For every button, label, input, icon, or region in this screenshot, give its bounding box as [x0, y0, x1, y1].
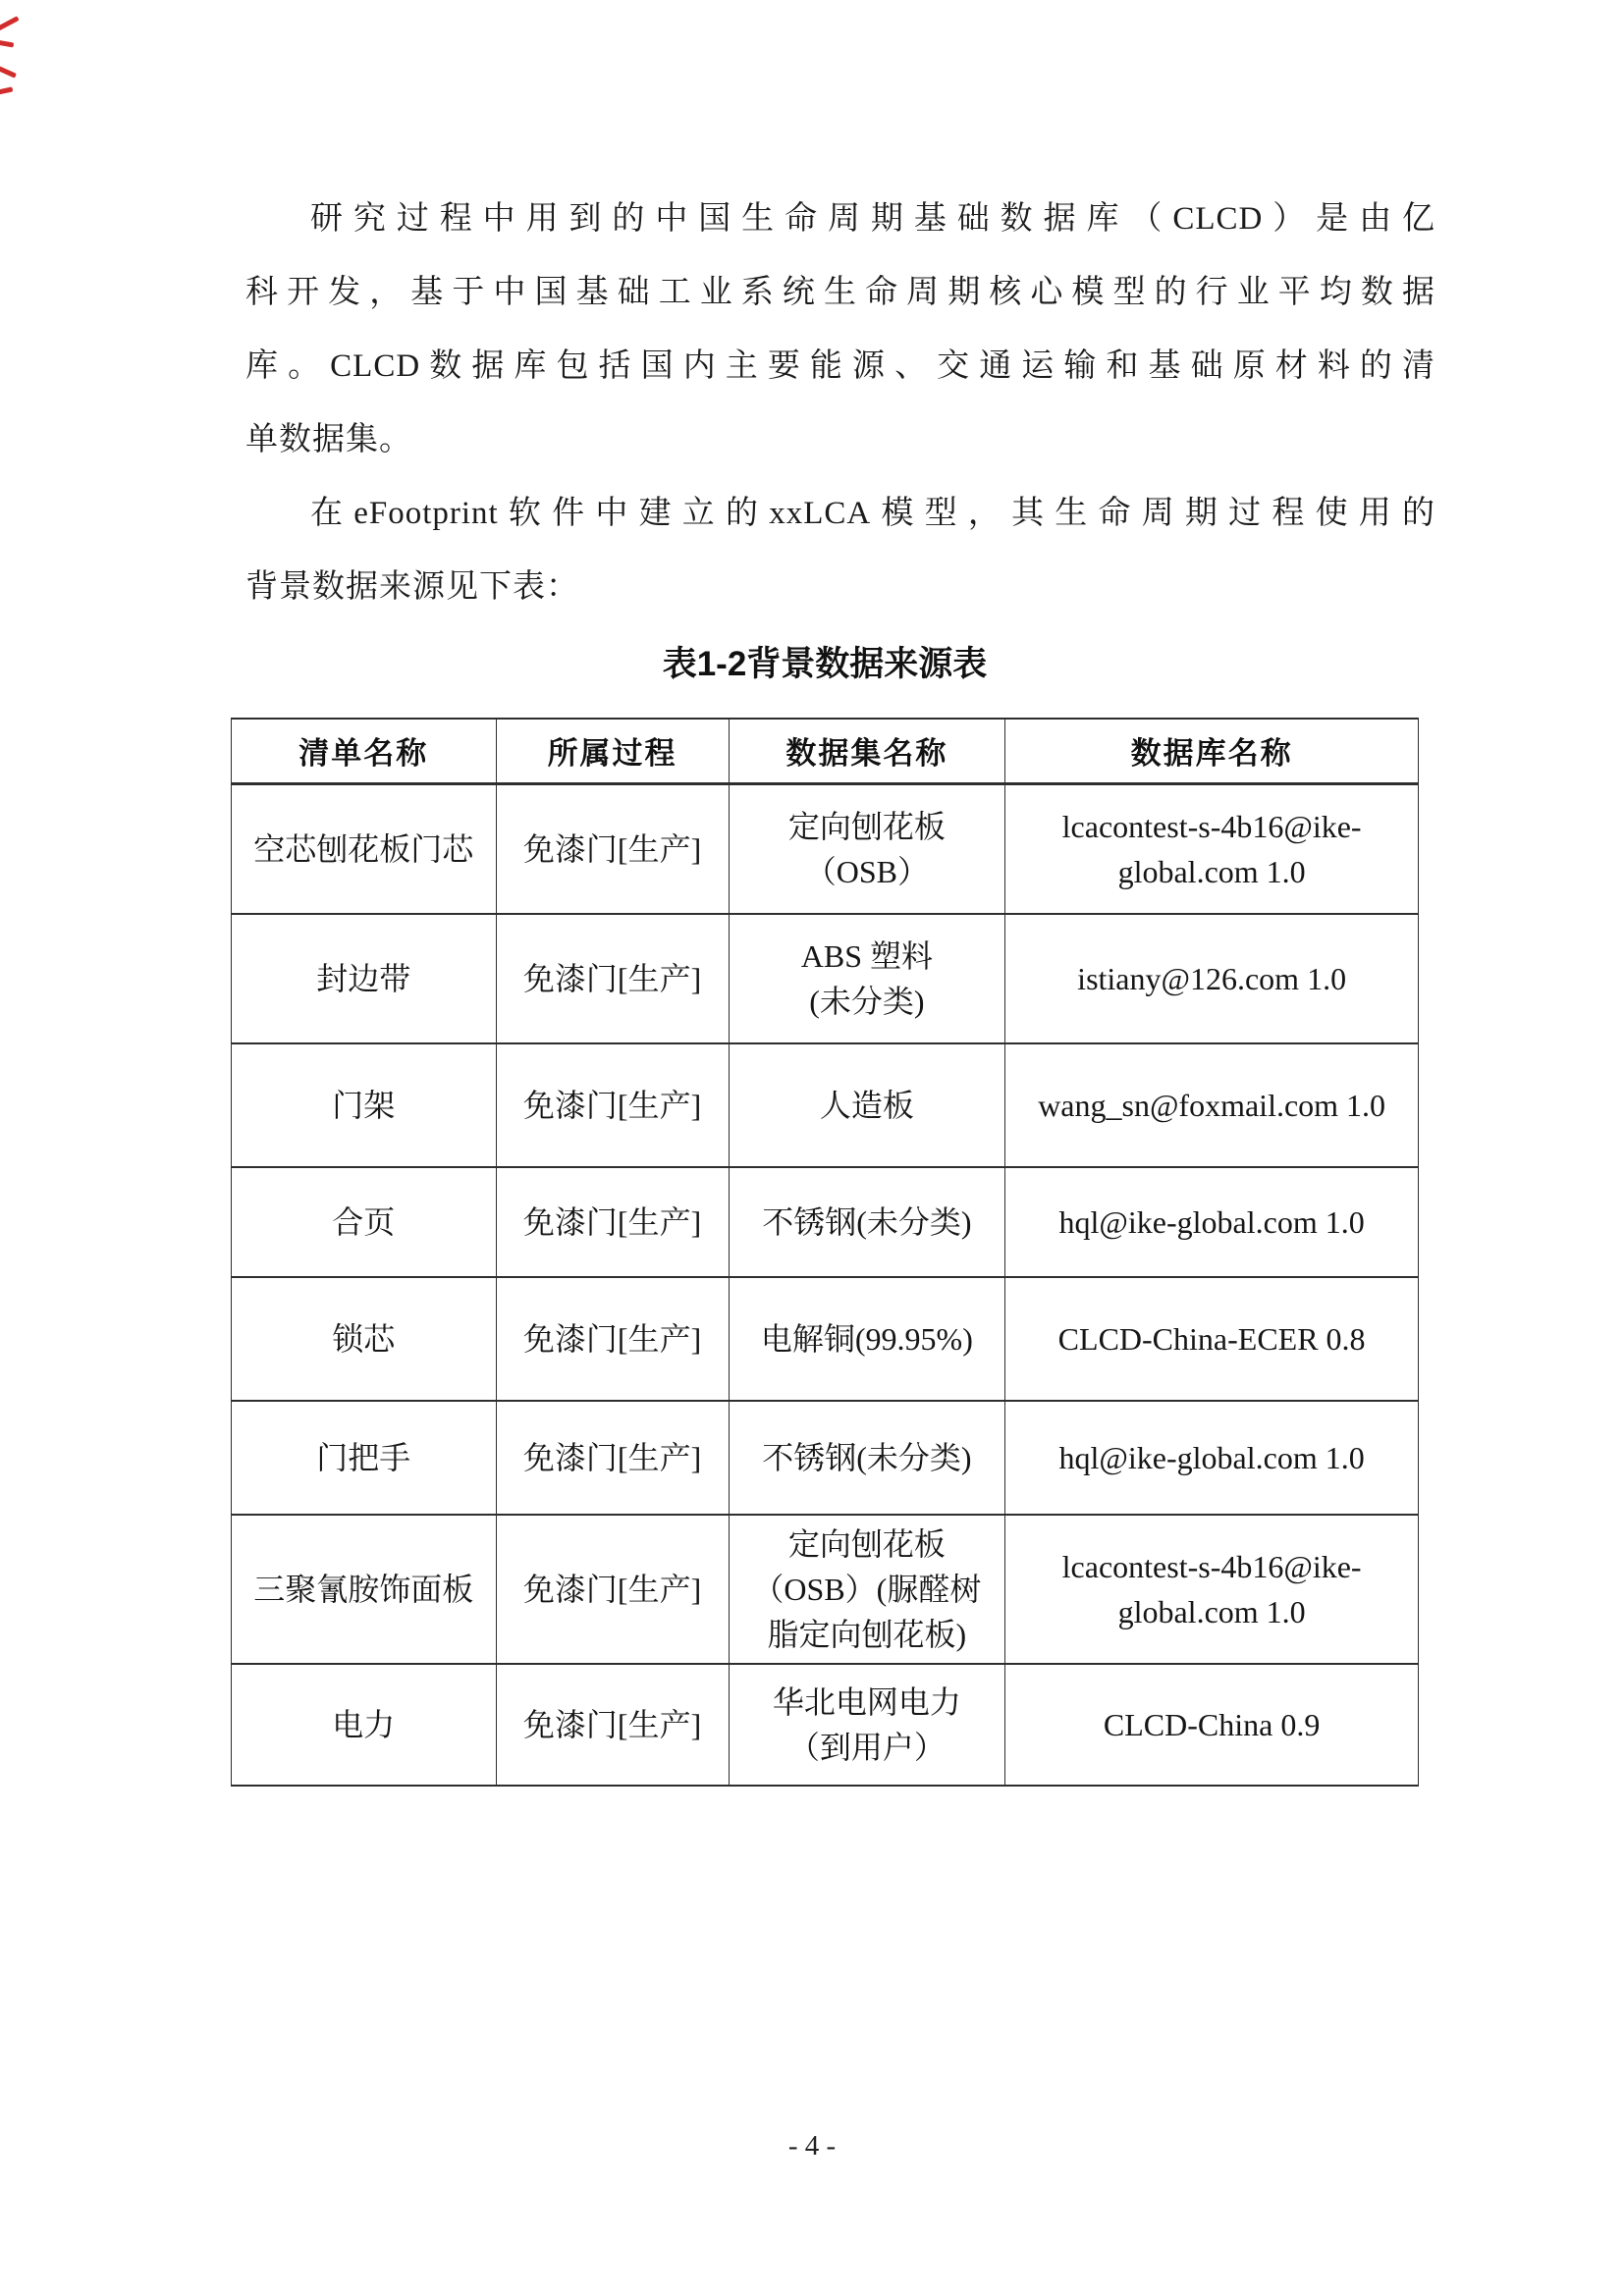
- table-title: 表1-2背景数据来源表: [231, 633, 1419, 696]
- table-cell: 电解铜(99.95%): [729, 1277, 1005, 1401]
- column-header-inventory-name: 清单名称: [232, 719, 497, 783]
- table-cell: istiany@126.com 1.0: [1005, 914, 1419, 1043]
- table-cell: 不锈钢(未分类): [729, 1167, 1005, 1277]
- red-mark-stroke: [0, 64, 17, 78]
- table-row: 门架 免漆门[生产] 人造板 wang_sn@foxmail.com 1.0: [232, 1043, 1419, 1167]
- table-cell: 免漆门[生产]: [496, 1664, 729, 1786]
- table-row: 电力 免漆门[生产] 华北电网电力 （到用户） CLCD-China 0.9: [232, 1664, 1419, 1786]
- table-cell: 合页: [232, 1167, 497, 1277]
- table-cell: lcacontest-s-4b16@ike- global.com 1.0: [1005, 1515, 1419, 1664]
- table-row: 门把手 免漆门[生产] 不锈钢(未分类) hql@ike-global.com …: [232, 1401, 1419, 1515]
- table-header-row: 清单名称 所属过程 数据集名称 数据库名称: [232, 719, 1419, 783]
- table-cell: 门把手: [232, 1401, 497, 1515]
- table-cell: 空芯刨花板门芯: [232, 783, 497, 914]
- table-cell: 免漆门[生产]: [496, 1277, 729, 1401]
- table-cell: CLCD-China-ECER 0.8: [1005, 1277, 1419, 1401]
- table-row: 合页 免漆门[生产] 不锈钢(未分类) hql@ike-global.com 1…: [232, 1167, 1419, 1277]
- paragraph-line: 在eFootprint软件中建立的xxLCA模型，其生命周期过程使用的: [245, 477, 1435, 551]
- table-cell: ABS 塑料 (未分类): [729, 914, 1005, 1043]
- table-cell: CLCD-China 0.9: [1005, 1664, 1419, 1786]
- table-cell: 免漆门[生产]: [496, 1515, 729, 1664]
- column-header-process: 所属过程: [496, 719, 729, 783]
- red-margin-marks: [0, 8, 39, 106]
- table-cell: 门架: [232, 1043, 497, 1167]
- table-cell: 电力: [232, 1664, 497, 1786]
- background-data-table: 清单名称 所属过程 数据集名称 数据库名称 空芯刨花板门芯 免漆门[生产] 定向…: [231, 718, 1419, 1787]
- red-mark-stroke: [0, 39, 14, 47]
- paragraph-line: 背景数据来源见下表：: [245, 551, 1435, 624]
- table-cell: 锁芯: [232, 1277, 497, 1401]
- table-cell: 免漆门[生产]: [496, 1401, 729, 1515]
- red-mark-stroke: [0, 86, 13, 94]
- paragraph-clcd: 研究过程中用到的中国生命周期基础数据库（CLCD）是由亿 科开发，基于中国基础工…: [245, 183, 1435, 477]
- column-header-dataset-name: 数据集名称: [729, 719, 1005, 783]
- column-header-database-name: 数据库名称: [1005, 719, 1419, 783]
- paragraph-line: 科开发，基于中国基础工业系统生命周期核心模型的行业平均数据: [245, 256, 1435, 330]
- red-mark-stroke: [0, 16, 20, 32]
- table-cell: hql@ike-global.com 1.0: [1005, 1401, 1419, 1515]
- table-cell: 华北电网电力 （到用户）: [729, 1664, 1005, 1786]
- table-cell: 免漆门[生产]: [496, 783, 729, 914]
- table-cell: 封边带: [232, 914, 497, 1043]
- paragraph-line: 库。CLCD数据库包括国内主要能源、交通运输和基础原材料的清: [245, 330, 1435, 403]
- paragraph-line: 研究过程中用到的中国生命周期基础数据库（CLCD）是由亿: [245, 183, 1435, 256]
- table-row: 锁芯 免漆门[生产] 电解铜(99.95%) CLCD-China-ECER 0…: [232, 1277, 1419, 1401]
- table-cell: 定向刨花板 （OSB）: [729, 783, 1005, 914]
- table-row: 封边带 免漆门[生产] ABS 塑料 (未分类) istiany@126.com…: [232, 914, 1419, 1043]
- table-cell: hql@ike-global.com 1.0: [1005, 1167, 1419, 1277]
- table-row: 三聚氰胺饰面板 免漆门[生产] 定向刨花板 （OSB）(脲醛树 脂定向刨花板) …: [232, 1515, 1419, 1664]
- table-cell: 定向刨花板 （OSB）(脲醛树 脂定向刨花板): [729, 1515, 1005, 1664]
- table-cell: 免漆门[生产]: [496, 914, 729, 1043]
- table-cell: 不锈钢(未分类): [729, 1401, 1005, 1515]
- table-cell: lcacontest-s-4b16@ike- global.com 1.0: [1005, 783, 1419, 914]
- paragraph-efootprint: 在eFootprint软件中建立的xxLCA模型，其生命周期过程使用的 背景数据…: [245, 477, 1435, 624]
- table-cell: 人造板: [729, 1043, 1005, 1167]
- table-cell: 三聚氰胺饰面板: [232, 1515, 497, 1664]
- table-cell: 免漆门[生产]: [496, 1043, 729, 1167]
- paragraph-line: 单数据集。: [245, 403, 1435, 477]
- table-cell: wang_sn@foxmail.com 1.0: [1005, 1043, 1419, 1167]
- page-number: - 4 -: [0, 2126, 1624, 2165]
- body-text: 研究过程中用到的中国生命周期基础数据库（CLCD）是由亿 科开发，基于中国基础工…: [245, 183, 1435, 624]
- table-row: 空芯刨花板门芯 免漆门[生产] 定向刨花板 （OSB） lcacontest-s…: [232, 783, 1419, 914]
- document-page: { "colors": { "text": "#1b1b1b", "table_…: [0, 0, 1624, 2296]
- table-cell: 免漆门[生产]: [496, 1167, 729, 1277]
